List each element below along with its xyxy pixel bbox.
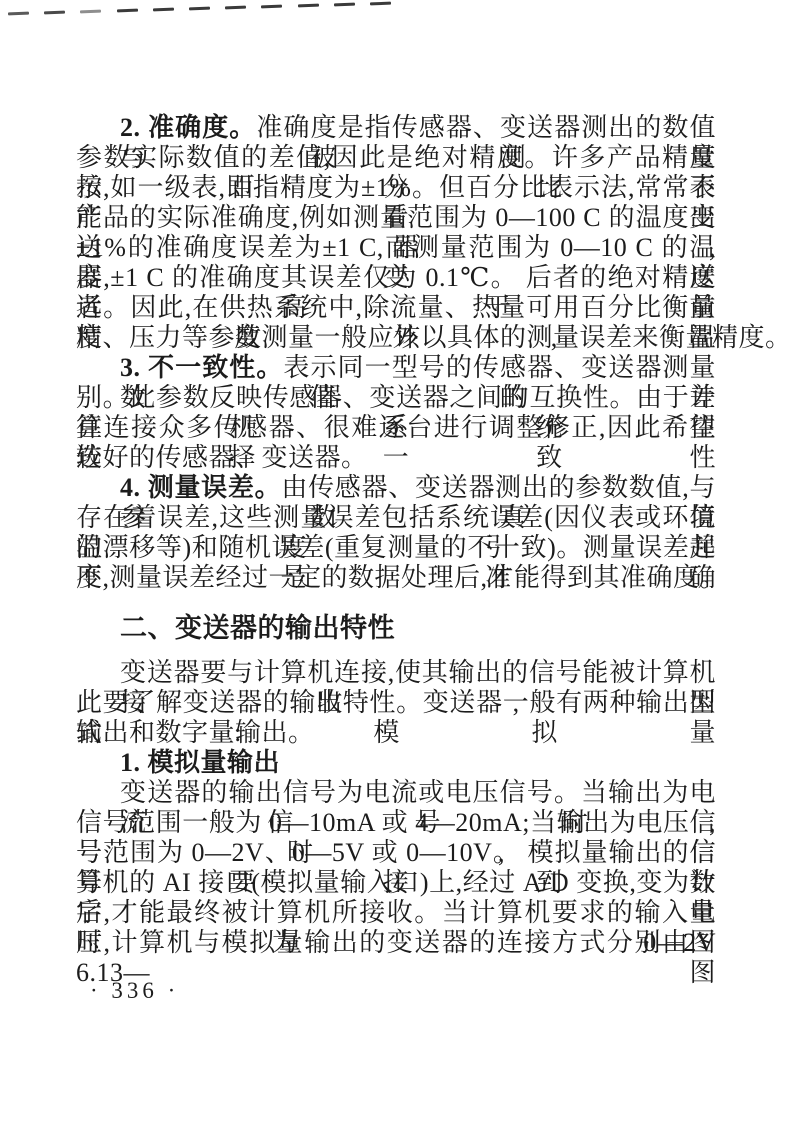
page-number: · 336 · (90, 978, 179, 1004)
text-line: 别。此参数反映传感器、变送器之间的互换性。由于计算机系统往 (76, 383, 716, 413)
text-line: 后,才能最终被计算机所接收。当计算机要求的输入电压为 0—2V (76, 898, 716, 928)
text-line: 产品的实际准确度,例如测量范围为 0—100 C 的温度变送器, (76, 203, 716, 233)
binding-mark-dash (153, 8, 174, 12)
text-line: 1. 模拟量输出 (76, 748, 716, 778)
text-line: 号范围为 0—2V、0—5V 或 0—10V。 模拟量输出的信号要接到计 (76, 838, 716, 868)
text-line: 度、压力等参数测量一般应该以具体的测量误差来衡量精度。 (76, 323, 716, 353)
line-text: 较好的传感器、变送器。 (76, 443, 368, 472)
text-line: 器,±1 C 的准确度其误差仅为 0.1℃。 后者的绝对精度远高于前 (76, 263, 716, 293)
text-line: 存在着误差,这些测量误差包括系统误差(因仪表或环境温度引起 (76, 503, 716, 533)
binding-mark-dash (117, 9, 138, 13)
text-line: 变送器的输出信号为电流或电压信号。当输出为电流信号时, (76, 778, 716, 808)
line-lead: 3. 不一致性。 (120, 353, 283, 382)
binding-mark-dash (189, 7, 210, 11)
text-line: 信号范围一般为 0—10mA 或 4—20mA;当输出为电压信号时,信 (76, 808, 716, 838)
line-text: 度,测量误差经过一定的数据处理后,才能得到其准确度。 (76, 563, 726, 592)
binding-mark-dash (370, 2, 391, 6)
text-line: 变送器要与计算机连接,使其输出的信号能被计算机接收,因 (76, 658, 716, 688)
scanned-book-page: 2. 准确度。准确度是指传感器、变送器测出的数值与被测量参数实际数值的差值,因此… (0, 0, 793, 1121)
text-line: 3. 不一致性。表示同一型号的传感器、变送器测量数值的差 (76, 353, 716, 383)
line-lead: 2. 准确度。 (120, 113, 256, 142)
binding-marks (0, 0, 420, 20)
binding-mark-dash (225, 6, 246, 10)
binding-mark-dash (261, 5, 282, 9)
binding-mark-dash (80, 10, 101, 14)
text-line: 4. 测量误差。由传感器、变送器测出的参数数值,与参数真值 (76, 473, 716, 503)
text-line: ±1%的准确度误差为±1 C,而测量范围为 0—10 C 的温度变送 (76, 233, 716, 263)
line-text: 输出和数字量输出。 (76, 718, 315, 747)
text-line: 2. 准确度。准确度是指传感器、变送器测出的数值与被测量 (76, 113, 716, 143)
page-text: 2. 准确度。准确度是指传感器、变送器测出的数值与被测量参数实际数值的差值,因此… (76, 113, 716, 958)
binding-mark-dash (8, 12, 29, 16)
text-line: 度,测量误差经过一定的数据处理后,才能得到其准确度。 (76, 563, 716, 593)
binding-mark-dash (334, 3, 355, 7)
text-line: 时,计算机与模拟量输出的变送器的连接方式分别由图 6.13—图 (76, 928, 716, 958)
text-line: 参数实际数值的差值,因此是绝对精度。许多产品精度按百分比表 (76, 143, 716, 173)
binding-mark-dash (298, 4, 319, 8)
line-lead: 4. 测量误差。 (120, 473, 281, 502)
line-lead: 1. 模拟量输出 (120, 748, 280, 777)
text-line: 往连接众多传感器、很难逐台进行调整修正,因此希望选择一致性 (76, 413, 716, 443)
binding-mark-dash (44, 11, 65, 15)
text-line: 的漂移等)和随机误差(重复测量的不一致)。测量误差并不是准确 (76, 533, 716, 563)
line-text: 度、压力等参数测量一般应该以具体的测量误差来衡量精度。 (76, 323, 792, 352)
text-line: 此要了解变送器的输出特性。变送器一般有两种输出型式:模拟量 (76, 688, 716, 718)
line-lead: 二、变送器的输出特性 (120, 613, 395, 643)
text-line: 示,如一级表,即指精度为±1%。但百分比表示法,常常不能看出 (76, 173, 716, 203)
text-line: 者。因此,在供热系统中,除流量、热量可用百分比衡量精度外,温 (76, 293, 716, 323)
text-line: 算机的 AI 接口(模拟量输入口)上,经过 A/D 变换,变为数字量 (76, 868, 716, 898)
text-line: 二、变送器的输出特性 (76, 613, 716, 643)
